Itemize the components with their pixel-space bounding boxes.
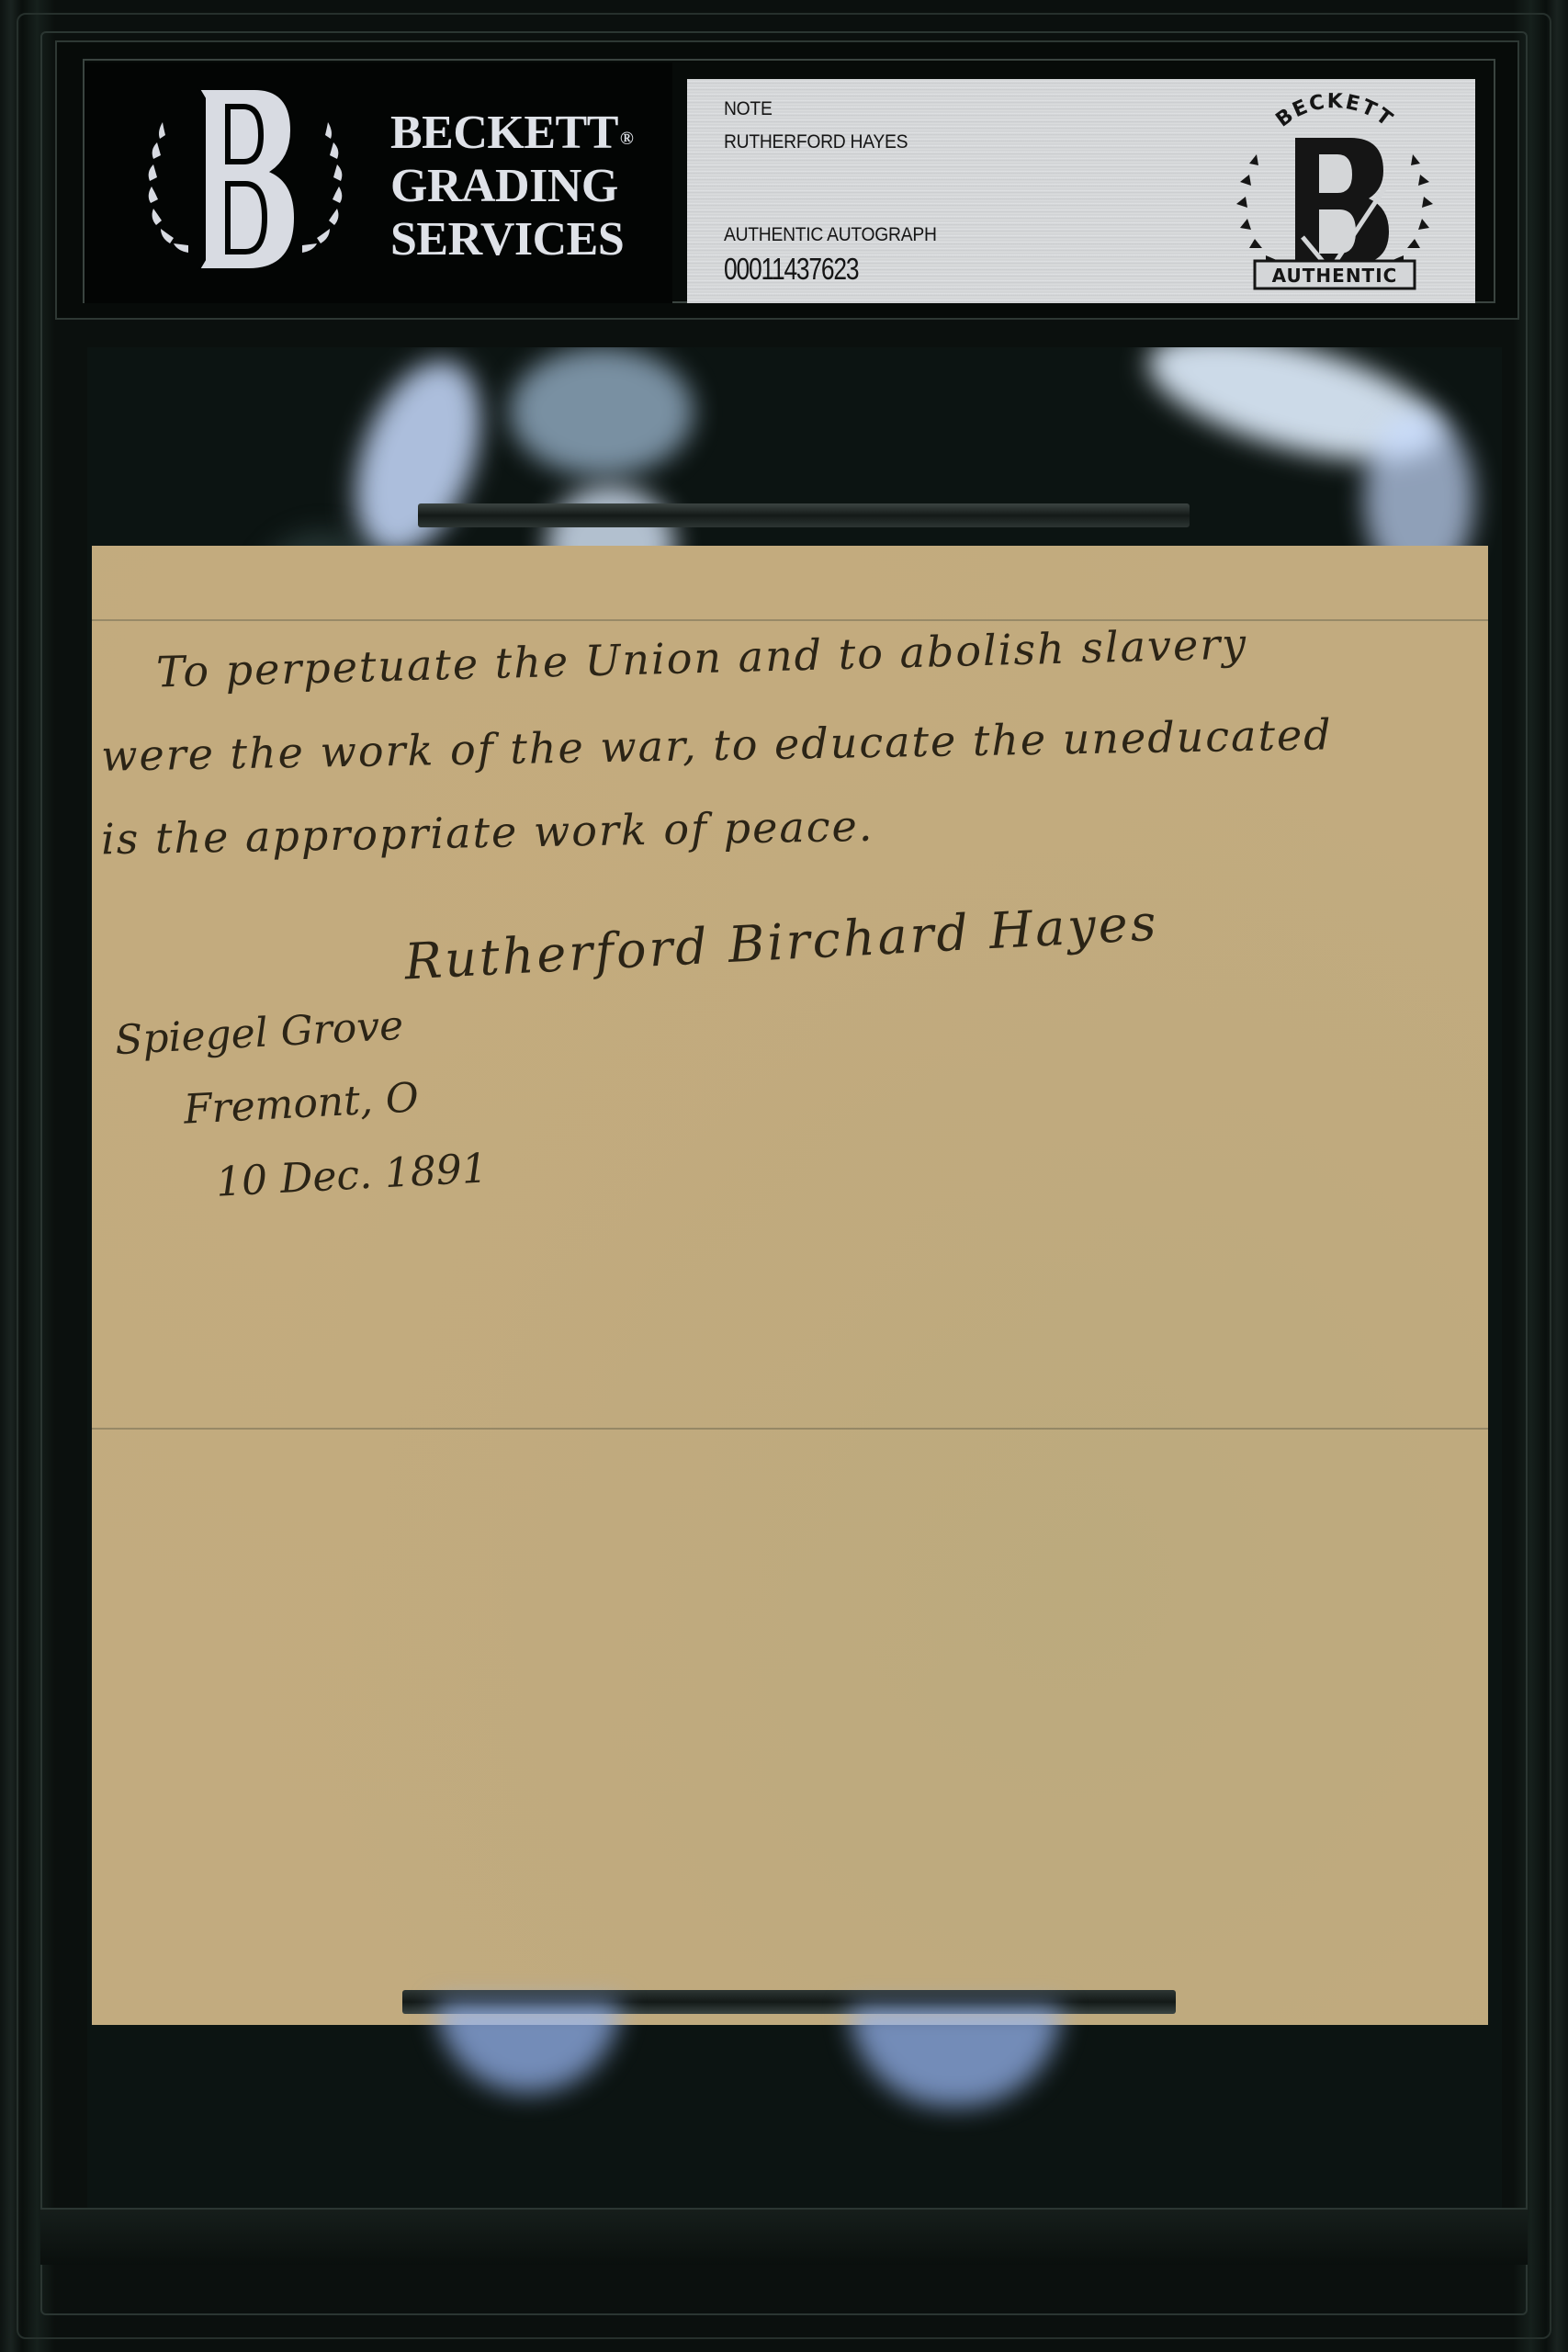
brand-wordmark: BECKETT® GRADING SERVICES xyxy=(390,107,633,266)
quote-line-1: To perpetuate the Union and to abolish s… xyxy=(155,618,1247,696)
autograph-document: To perpetuate the Union and to abolish s… xyxy=(92,546,1488,2025)
brand-line-2: GRADING xyxy=(390,160,633,213)
svg-text:BECKETT: BECKETT xyxy=(1272,90,1398,132)
glare-reflection xyxy=(436,2001,620,2093)
quote-line-2: were the work of the war, to educate the… xyxy=(101,709,1333,780)
emblem-banner-text: AUTHENTIC xyxy=(1272,265,1398,287)
beckett-b-laurel-logo-icon xyxy=(135,85,355,280)
brand-line-3: SERVICES xyxy=(390,213,633,266)
brand-line-1: BECKETT® xyxy=(390,107,633,160)
label-subject: RUTHERFORD HAYES xyxy=(724,131,908,153)
slab-bottom-frame xyxy=(40,2208,1528,2265)
certification-label: NOTE RUTHERFORD HAYES AUTHENTIC AUTOGRAP… xyxy=(687,79,1475,303)
glare-reflection xyxy=(850,2006,1061,2107)
paper-fold-line xyxy=(92,619,1488,621)
document-date: 10 Dec. 1891 xyxy=(215,1145,489,1205)
label-category: NOTE xyxy=(724,98,773,120)
emblem-top-text: BECKETT xyxy=(1272,90,1398,132)
label-authentication: AUTHENTIC AUTOGRAPH xyxy=(724,224,937,246)
glare-reflection xyxy=(510,347,694,476)
beckett-logo-panel: BECKETT® GRADING SERVICES xyxy=(85,62,672,303)
slab-window: To perpetuate the Union and to abolish s… xyxy=(87,347,1502,2208)
glare-reflection xyxy=(332,347,504,571)
insert-stopper-top xyxy=(418,503,1190,527)
quote-line-3: is the appropriate work of peace. xyxy=(101,801,874,865)
signature: Rutherford Birchard Hayes xyxy=(403,894,1160,991)
paper-fold-line xyxy=(92,1428,1488,1430)
label-serial-number: 00011437623 xyxy=(724,252,858,287)
place-name: Spiegel Grove xyxy=(114,1002,405,1064)
beckett-authentic-emblem-icon: BECKETT AUTHENTIC xyxy=(1229,90,1440,292)
city-name: Fremont, O xyxy=(183,1074,420,1133)
